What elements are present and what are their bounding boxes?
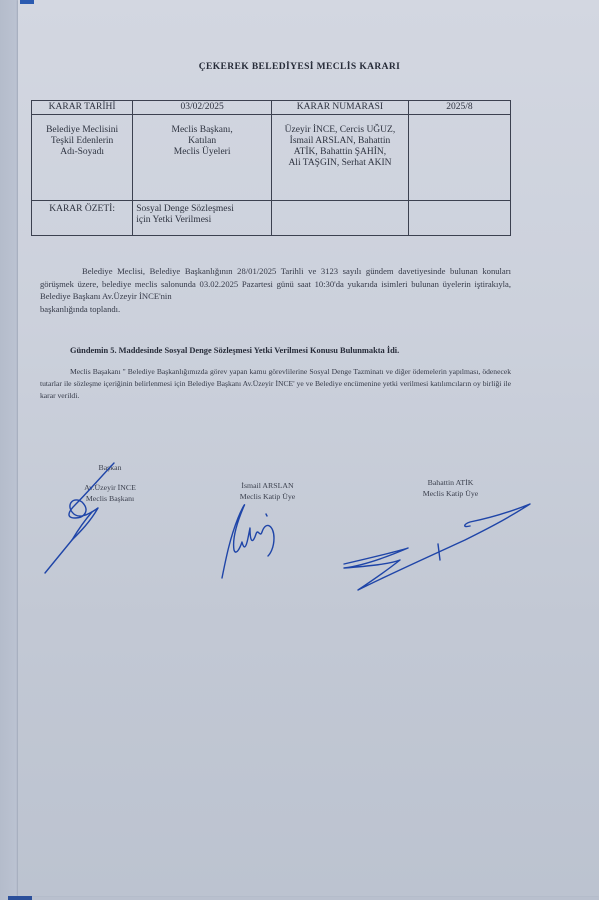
- signature-name: Bahattin ATİK: [393, 477, 508, 488]
- background-edge: [0, 0, 18, 900]
- agenda-heading: Gündemin 5. Maddesinde Sosyal Denge Sözl…: [70, 346, 399, 355]
- decision-table: KARAR TARİHİ 03/02/2025 KARAR NUMARASI 2…: [31, 100, 511, 236]
- bottom-edge-mark: [8, 896, 32, 900]
- signature-role: Meclis Katip Üye: [393, 488, 508, 499]
- role-line: Meclis Üyeleri: [136, 147, 268, 158]
- table-row: KARAR TARİHİ 03/02/2025 KARAR NUMARASI 2…: [32, 101, 511, 115]
- members-label-line: Belediye Meclisini: [35, 125, 129, 136]
- role-line: Meclis Başkanı,: [136, 125, 268, 136]
- signature-name: İsmail ARSLAN: [210, 480, 325, 491]
- members-label-line: Adı-Soyadı: [35, 147, 129, 158]
- table-row: KARAR ÖZETİ: Sosyal Denge Sözleşmesi içi…: [32, 201, 511, 236]
- names-line: Ali TAŞGIN, Serhat AKIN: [275, 158, 405, 169]
- member-names: Üzeyir İNCE, Cercis UĞUZ, İsmail ARSLAN,…: [272, 115, 409, 201]
- names-line: Üzeyir İNCE, Cercis UĞUZ,: [275, 125, 405, 136]
- decision-number-value: 2025/8: [408, 101, 510, 115]
- members-label: Belediye Meclisini Teşkil Edenlerin Adı-…: [32, 115, 133, 201]
- names-line: İsmail ARSLAN, Bahattin: [275, 136, 405, 147]
- members-label-line: Teşkil Edenlerin: [35, 136, 129, 147]
- decision-date-value: 03/02/2025: [133, 101, 272, 115]
- table-row: Belediye Meclisini Teşkil Edenlerin Adı-…: [32, 115, 511, 201]
- document-title: ÇEKEREK BELEDİYESİ MECLİS KARARI: [0, 62, 599, 72]
- summary-value: Sosyal Denge Sözleşmesi için Yetki Veril…: [133, 201, 272, 236]
- intro-text: Belediye Meclisi, Belediye Başkanlığının…: [40, 266, 511, 301]
- handwritten-signature-icon: [40, 460, 160, 575]
- paper-clip-mark: [20, 0, 34, 4]
- intro-paragraph: Belediye Meclisi, Belediye Başkanlığının…: [40, 265, 511, 315]
- decision-number-label: KARAR NUMARASI: [272, 101, 409, 115]
- empty-cell: [408, 115, 510, 201]
- names-line: ATİK, Bahattin ŞAHİN,: [275, 147, 405, 158]
- summary-label: KARAR ÖZETİ:: [32, 201, 133, 236]
- decision-date-label: KARAR TARİHİ: [32, 101, 133, 115]
- signature-block-clerk-2: Bahattin ATİK Meclis Katip Üye: [393, 477, 508, 499]
- role-line: Katılan: [136, 136, 268, 147]
- empty-cell: [272, 201, 409, 236]
- empty-cell: [408, 201, 510, 236]
- handwritten-signature-icon: [340, 500, 530, 595]
- decision-paragraph: Meclis Başakanı " Belediye Başkanlığımız…: [40, 366, 511, 402]
- member-roles: Meclis Başkanı, Katılan Meclis Üyeleri: [133, 115, 272, 201]
- handwritten-signature-icon: [220, 498, 280, 580]
- summary-line: Sosyal Denge Sözleşmesi: [136, 204, 268, 215]
- intro-text-end: başkanlığında toplandı.: [40, 303, 511, 316]
- summary-line: için Yetki Verilmesi: [136, 215, 268, 226]
